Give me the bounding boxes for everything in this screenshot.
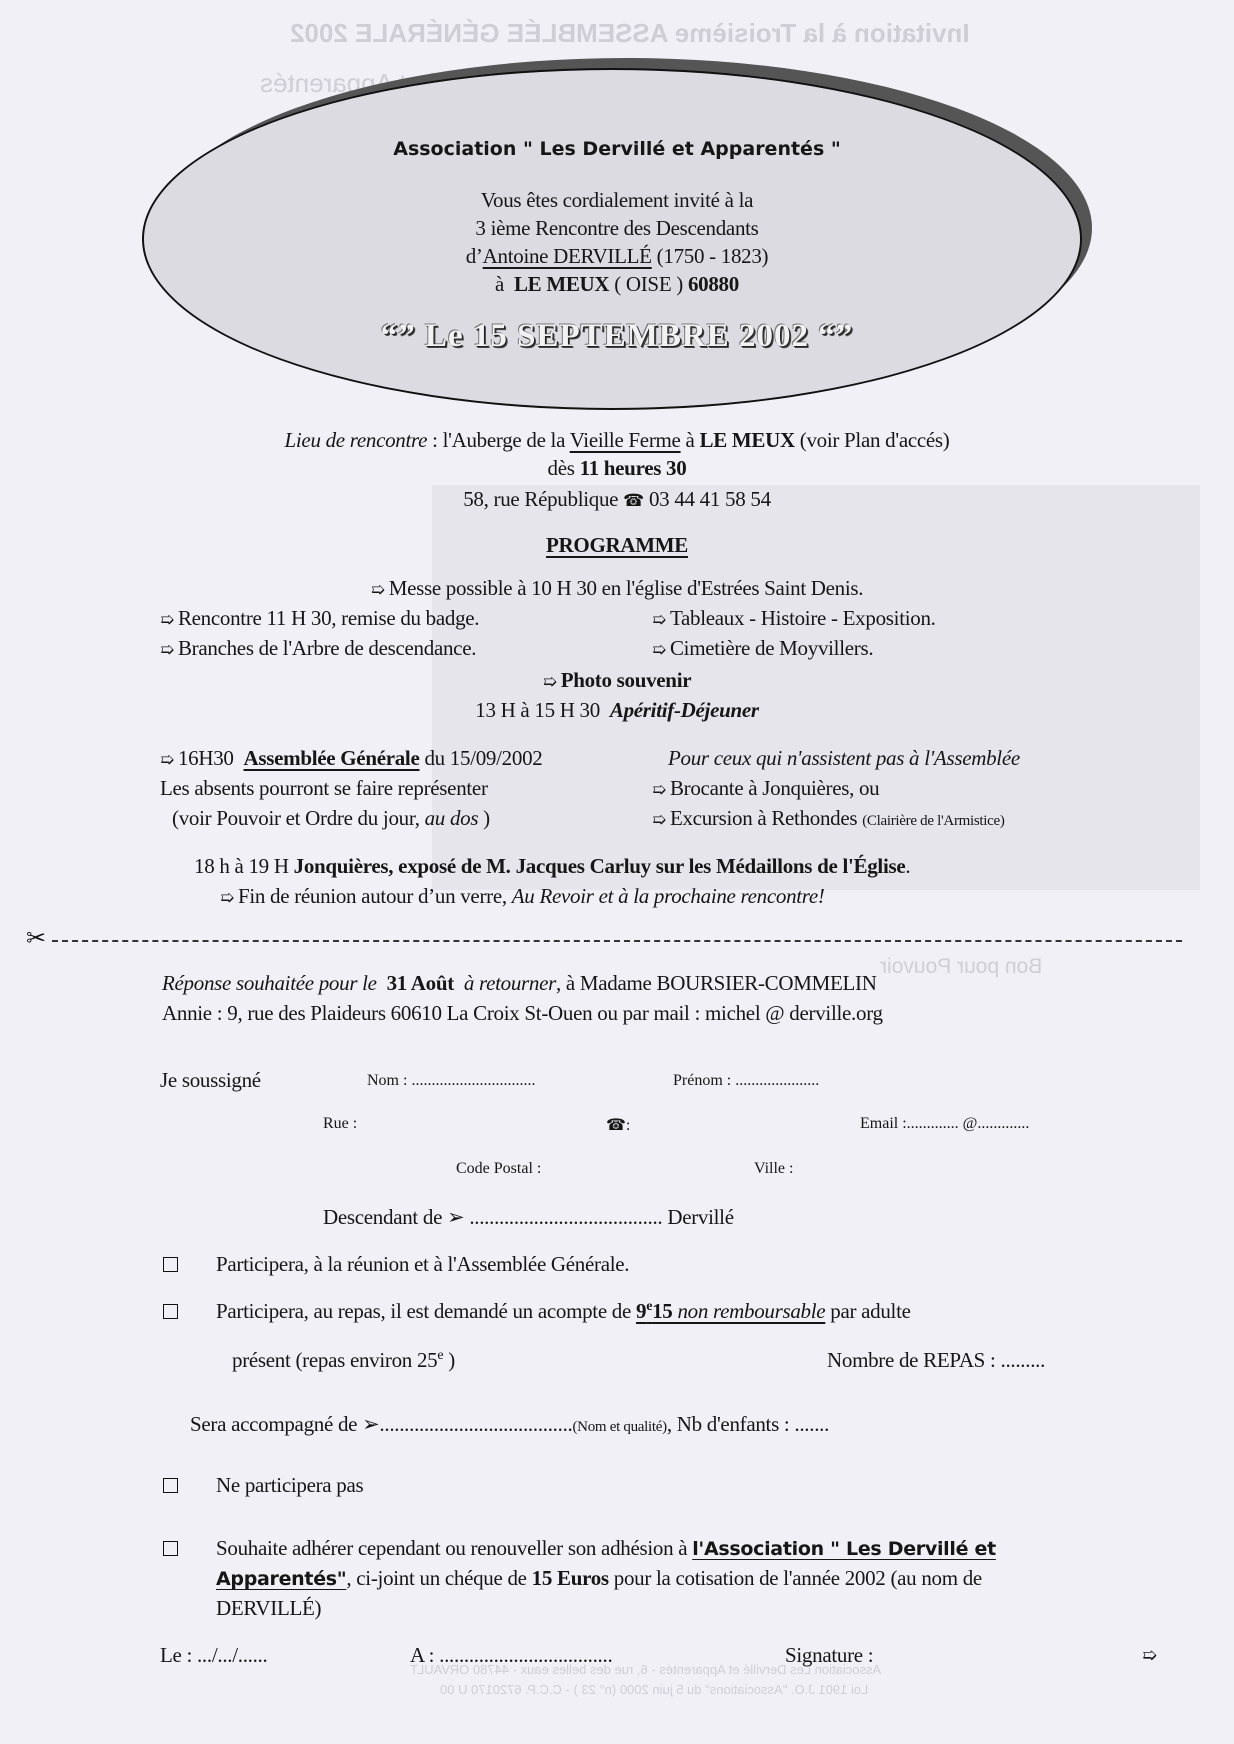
- absent-text-italic: au dos: [425, 806, 479, 830]
- postal-code: 60880: [688, 272, 739, 296]
- alt-item-1: ➯Brocante à Jonquières, ou: [652, 776, 879, 801]
- deposit-note: non remboursable: [673, 1299, 826, 1323]
- programme-photo: ➯Photo souvenir: [0, 668, 1234, 693]
- evening-time: 18 h à 19 H: [194, 854, 294, 878]
- alt-title: Pour ceux qui n'assistent pas à l'Assemb…: [668, 746, 1020, 771]
- venue-town: LE MEUX: [700, 428, 795, 452]
- assembly-time: 16H30: [178, 746, 234, 770]
- deposit-amount: 9: [636, 1299, 646, 1323]
- place-detail: ( OISE ): [614, 272, 683, 296]
- arrow-bullet-icon: ➯: [652, 640, 666, 660]
- membership-text: , ci-joint un chéque de: [346, 1566, 531, 1590]
- time-prefix: dès: [548, 456, 580, 480]
- membership-fee: 15 Euros: [532, 1566, 609, 1590]
- programme-mass: ➯Messe possible à 10 H 30 en l'église d'…: [0, 576, 1234, 601]
- evening-end: .: [905, 854, 910, 878]
- arrow-bullet-icon: ➯: [220, 888, 234, 908]
- programme-evening: 18 h à 19 H Jonquières, exposé de M. Jac…: [194, 854, 910, 879]
- programme-item: Tableaux - Histoire - Exposition.: [670, 606, 936, 630]
- evening-label: Jonquières, exposé de M. Jacques Carluy …: [294, 854, 906, 878]
- association-name: Apparentés": [216, 1568, 346, 1590]
- children-field: , Nb d'enfants : .......: [667, 1412, 829, 1436]
- date-banner: “” Le 15 SEPTEMBRE 2002 “”: [0, 318, 1234, 355]
- email-field[interactable]: Email :............. @.............: [860, 1115, 1029, 1133]
- lunch-label: Apéritif-Déjeuner: [610, 698, 759, 722]
- lunch-time: 13 H à 15 H 30: [475, 698, 600, 722]
- meal-price-text: ): [443, 1348, 455, 1372]
- descendant-label: Descendant de ➢ ........................…: [323, 1205, 667, 1229]
- arrow-bullet-icon: ➯: [160, 610, 174, 630]
- programme-right-2: ➯Cimetière de Moyvillers.: [652, 636, 873, 661]
- absent-text: ): [478, 806, 490, 830]
- programme-title: PROGRAMME: [0, 533, 1234, 558]
- phone-field[interactable]: ☎:: [606, 1115, 630, 1135]
- phone-number: 03 44 41 58 54: [649, 487, 771, 511]
- invite-line-2: 3 ième Rencontre des Descendants: [0, 216, 1234, 241]
- reply-recipient: , à Madame BOURSIER-COMMELIN: [556, 971, 877, 995]
- programme-left-1: ➯Rencontre 11 H 30, remise du badge.: [160, 606, 479, 631]
- alt-item-text: Brocante à Jonquières, ou: [670, 776, 879, 800]
- reply-text-italic: à retourner: [464, 971, 556, 995]
- ancestor-dates: (1750 - 1823): [657, 244, 769, 268]
- postal-code-field[interactable]: Code Postal :: [456, 1160, 541, 1178]
- option-membership-line-2: Apparentés", ci-joint un chéque de 15 Eu…: [216, 1566, 982, 1591]
- programme-lunch: 13 H à 15 H 30 Apéritif-Déjeuner: [0, 698, 1234, 723]
- meal-text: par adulte: [825, 1299, 910, 1323]
- nom-field[interactable]: Nom : ...............................: [367, 1072, 535, 1090]
- showthrough-footer: Loi 1901 J.O. "Associations" du 5 juin 2…: [440, 1682, 868, 1697]
- assembly-label: Assemblée Générale: [244, 746, 420, 770]
- venue-line: Lieu de rencontre : l'Auberge de la Viei…: [0, 428, 1234, 453]
- association-name: l'Association " Les Dervillé et: [692, 1538, 996, 1560]
- venue-address: 58, rue République ☎ 03 44 41 58 54: [0, 487, 1234, 512]
- descendant-field[interactable]: Descendant de ➢ ........................…: [323, 1205, 734, 1230]
- venue-map-ref: (voir Plan d'accés): [795, 428, 950, 452]
- accompanied-field[interactable]: Sera accompagné de ➢....................…: [190, 1412, 829, 1437]
- arrow-bullet-icon: ➯: [652, 610, 666, 630]
- venue-text: à: [681, 428, 700, 452]
- invite-line-1: Vous êtes cordialement invité à la: [0, 188, 1234, 213]
- ancestor-line: d’Antoine DERVILLÉ (1750 - 1823): [0, 244, 1234, 269]
- arrow-bullet-icon: ➯: [371, 580, 385, 600]
- programme-title-text: PROGRAMME: [546, 533, 688, 557]
- descendant-suffix: Dervillé: [667, 1205, 733, 1229]
- photo-text: Photo souvenir: [561, 668, 692, 692]
- association-title: Association " Les Dervillé et Apparentés…: [0, 138, 1234, 160]
- arrow-end-icon: ➯: [1142, 1645, 1157, 1666]
- alt-item-text: Excursion à Rethondes: [670, 806, 857, 830]
- accompanied-note: (Nom et qualité): [572, 1419, 666, 1435]
- alt-item-2: ➯Excursion à Rethondes (Clairière de l'A…: [652, 806, 1005, 831]
- programme-item: Branches de l'Arbre de descendance.: [178, 636, 476, 660]
- reply-date: 31 Août: [387, 971, 454, 995]
- place-prefix: à: [495, 272, 504, 296]
- reply-text: Réponse souhaitée pour le: [162, 971, 382, 995]
- arrow-bullet-icon: ➯: [160, 750, 174, 770]
- arrow-bullet-icon: ➯: [160, 640, 174, 660]
- place-line: à LE MEUX ( OISE ) 60880: [0, 272, 1234, 297]
- option-not-participating: Ne participera pas: [216, 1473, 363, 1498]
- signature-field[interactable]: Signature :: [785, 1643, 873, 1668]
- absent-text: (voir Pouvoir et Ordre du jour,: [172, 806, 425, 830]
- checkbox-participate-meal[interactable]: [163, 1304, 178, 1319]
- checkbox-participate-meeting[interactable]: [163, 1257, 178, 1272]
- ancestor-prefix: d’: [466, 244, 483, 268]
- membership-text: Souhaite adhérer cependant ou renouvelle…: [216, 1536, 692, 1560]
- phone-icon: ☎: [623, 491, 644, 511]
- meal-price-text: présent (repas environ 25: [232, 1348, 437, 1372]
- address: 58, rue République: [463, 487, 618, 511]
- undersigned-label: Je soussigné: [160, 1068, 261, 1093]
- venue-time: dès 11 heures 30: [0, 456, 1234, 481]
- programme-right-1: ➯Tableaux - Histoire - Exposition.: [652, 606, 936, 631]
- cut-line: [52, 940, 1182, 942]
- prenom-field[interactable]: Prénom : .....................: [673, 1072, 819, 1090]
- alt-item-note: (Clairière de l'Armistice): [862, 813, 1004, 829]
- meal-count-field[interactable]: Nombre de REPAS : .........: [827, 1348, 1045, 1373]
- reply-line-2: Annie : 9, rue des Plaideurs 60610 La Cr…: [162, 1001, 883, 1026]
- deposit-cents: 15: [652, 1299, 672, 1323]
- programme-closing: ➯Fin de réunion autour d’un verre, Au Re…: [220, 884, 825, 909]
- absent-line-1: Les absents pourront se faire représente…: [160, 776, 488, 801]
- showthrough-line: Bon pour Pouvoir: [880, 955, 1042, 979]
- ville-field[interactable]: Ville :: [754, 1160, 793, 1178]
- rue-field[interactable]: Rue :: [323, 1115, 357, 1133]
- venue-label: Lieu de rencontre: [285, 428, 428, 452]
- option-participate-meeting: Participera, à la réunion et à l'Assembl…: [216, 1252, 629, 1277]
- option-participate-meal: Participera, au repas, il est demandé un…: [216, 1299, 911, 1324]
- assembly-date: du 15/09/2002: [420, 746, 543, 770]
- venue-text: : l'Auberge de la: [427, 428, 570, 452]
- checkbox-membership[interactable]: [163, 1541, 178, 1556]
- scissors-icon: ✂: [26, 924, 46, 952]
- place-field[interactable]: A : ...................................: [410, 1643, 612, 1668]
- reply-line-1: Réponse souhaitée pour le 31 Août à reto…: [162, 971, 877, 996]
- closing-text-italic: Au Revoir et à la prochaine rencontre!: [512, 884, 825, 908]
- programme-item: Rencontre 11 H 30, remise du badge.: [178, 606, 479, 630]
- arrow-bullet-icon: ➯: [652, 780, 666, 800]
- mass-text: Messe possible à 10 H 30 en l'église d'E…: [389, 576, 864, 600]
- date-field[interactable]: Le : .../.../......: [160, 1643, 267, 1668]
- programme-left-2: ➯Branches de l'Arbre de descendance.: [160, 636, 476, 661]
- meal-text: Participera, au repas, il est demandé un…: [216, 1299, 636, 1323]
- programme-item: Cimetière de Moyvillers.: [670, 636, 873, 660]
- closing-text: Fin de réunion autour d’un verre,: [238, 884, 512, 908]
- start-time: 11 heures 30: [580, 456, 687, 480]
- ancestor-name: Antoine DERVILLÉ: [483, 244, 652, 268]
- arrow-bullet-icon: ➯: [543, 672, 557, 692]
- checkbox-not-participating[interactable]: [163, 1478, 178, 1493]
- accompanied-label: Sera accompagné de ➢....................…: [190, 1412, 572, 1436]
- arrow-bullet-icon: ➯: [652, 810, 666, 830]
- option-membership-line-3: DERVILLÉ): [216, 1596, 321, 1621]
- venue-name: Vieille Ferme: [570, 428, 681, 452]
- meal-price-line: présent (repas environ 25e ): [232, 1348, 455, 1373]
- membership-text: pour la cotisation de l'année 2002 (au n…: [609, 1566, 982, 1590]
- place-name: LE MEUX: [514, 272, 609, 296]
- absent-line-2: (voir Pouvoir et Ordre du jour, au dos ): [172, 806, 490, 831]
- programme-assembly: ➯16H30 Assemblée Générale du 15/09/2002: [160, 746, 542, 771]
- option-membership-line-1: Souhaite adhérer cependant ou renouvelle…: [216, 1536, 996, 1561]
- showthrough-title: Invitation à la Troisième ASSEMBLÉE GÉNÉ…: [290, 18, 970, 49]
